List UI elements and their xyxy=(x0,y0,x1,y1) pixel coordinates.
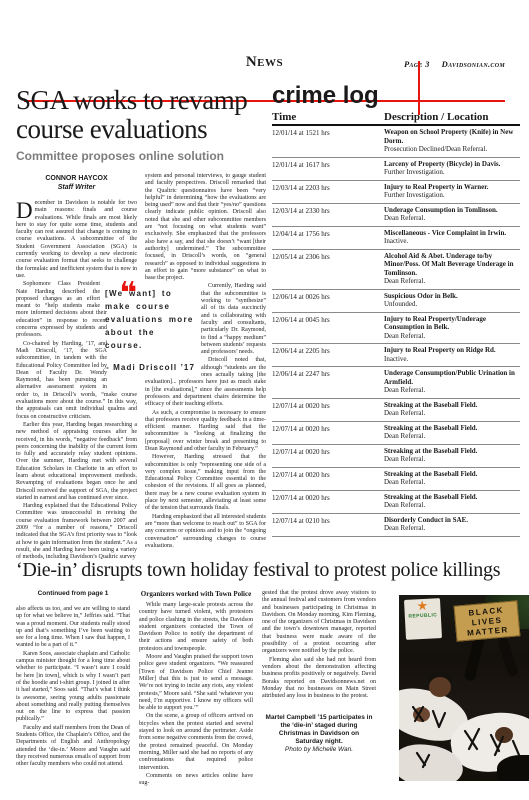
crime-log: crime log Time Description / Location 12… xyxy=(272,84,520,537)
crime-log-row: 12/05/14 at 2306 hrsAlcohol Aid & Abet. … xyxy=(272,250,520,290)
crime-log-header-row: Time Description / Location xyxy=(272,111,520,126)
die-in-column-3: gested that the protest drove away visit… xyxy=(262,590,376,788)
crime-log-row: 12/07/14 at 0020 hrsStreaking at the Bas… xyxy=(272,445,520,468)
crime-log-row: 12/06/14 at 2205 hrsInjury to Real Prope… xyxy=(272,344,520,367)
body-paragraph: Comments on news articles online have su… xyxy=(139,773,253,788)
crime-log-row: 12/07/14 at 0210 hrsDisorderly Conduct i… xyxy=(272,514,520,537)
crime-log-row: 12/07/14 at 0020 hrsStreaking at the Bas… xyxy=(272,399,520,422)
body-paragraph: Karen Soos, associate chaplain and Catho… xyxy=(16,651,130,724)
body-paragraph: Harding explained that the Educational P… xyxy=(16,503,137,561)
continued-label: Continued from page 1 xyxy=(16,590,130,597)
pull-quote: [We want] to make course evaluations mor… xyxy=(105,287,195,374)
body-paragraph: gested that the protest drove away visit… xyxy=(262,590,376,656)
die-in-headline: ‘Die-in’ disrupts town holiday festival … xyxy=(16,558,529,582)
body-paragraph: On the scene, a group of officers arrive… xyxy=(139,713,253,771)
crime-log-row: 12/07/14 at 0020 hrsStreaking at the Bas… xyxy=(272,468,520,491)
crime-log-row: 12/07/14 at 0020 hrsStreaking at the Bas… xyxy=(272,422,520,445)
body-paragraph: Faculty and staff members from the Dean … xyxy=(16,725,130,769)
byline-role: Staff Writer xyxy=(16,184,137,193)
shirt-text-marks xyxy=(399,595,529,781)
byline-name: CONNOR HAYCOX xyxy=(16,175,137,184)
sga-article: SGA works to revamp course evaluations C… xyxy=(16,86,266,563)
sga-subhead: Committee proposes online solution xyxy=(16,149,266,163)
crime-log-row: 12/01/14 at 1521 hrsWeapon on School Pro… xyxy=(272,126,520,158)
body-paragraph: December in Davidson is notable for two … xyxy=(16,200,137,280)
crime-log-row: 12/04/14 at 1756 hrsMiscellaneous - Vice… xyxy=(272,227,520,250)
crime-log-row: 12/06/14 at 2247 hrsUnderage Consumption… xyxy=(272,367,520,399)
site-url[interactable]: Davidsonian.com xyxy=(442,59,505,69)
body-paragraph: As such, a compromise is necessary to en… xyxy=(145,410,266,454)
column-header-description: Description / Location xyxy=(384,111,520,123)
byline: CONNOR HAYCOX Staff Writer xyxy=(16,175,137,192)
sga-column-2: system and personal interviews, to gauge… xyxy=(145,173,266,563)
column-header-time: Time xyxy=(272,111,384,123)
die-in-column-2: Organizers worked with Town Police While… xyxy=(139,590,253,788)
sga-headline: SGA works to revamp course evaluations xyxy=(16,86,266,144)
die-in-column-1: Continued from page 1 also affects us to… xyxy=(16,590,130,788)
body-paragraph: However, Harding stressed that the subco… xyxy=(145,454,266,512)
photo-credit: Photo by Michelle Wan. xyxy=(265,746,373,754)
body-paragraph: also affects us too, and we are willing … xyxy=(16,606,130,650)
crime-log-row: 12/03/14 at 2203 hrsInjury to Real Prope… xyxy=(272,181,520,204)
body-paragraph: While many large-scale protests across t… xyxy=(139,602,253,653)
pull-quote-attribution: - Madi Driscoll ’17 xyxy=(105,361,195,374)
masthead: News Page 3 Davidsonian.com xyxy=(0,30,529,86)
crime-log-row: 12/06/14 at 0045 hrsInjury to Real Prope… xyxy=(272,313,520,345)
body-paragraph: Moore and Vaughn praised the support tow… xyxy=(139,654,253,712)
body-paragraph: Harding emphasized that all interested s… xyxy=(145,514,266,550)
crime-log-row: 12/07/14 at 0020 hrsStreaking at the Bas… xyxy=(272,491,520,514)
die-in-article: ‘Die-in’ disrupts town holiday festival … xyxy=(16,558,529,788)
page-number: Page 3 xyxy=(404,59,430,69)
crime-log-row: 12/06/14 at 0026 hrsSuspicious Odor in B… xyxy=(272,290,520,313)
body-paragraph: Earlier this year, Harding began researc… xyxy=(16,422,137,502)
die-in-subhead: Organizers worked with Town Police xyxy=(139,590,253,598)
pull-quote-text: [We want] to make course evaluations mor… xyxy=(105,287,195,352)
die-in-photo: ★ REPUBLIC BLACK LIVES MATTER xyxy=(399,595,529,781)
caption-text: Martel Campbell ’15 participates in the … xyxy=(266,714,373,745)
crime-log-row: 12/03/14 at 2330 hrsUnderage Consumption… xyxy=(272,204,520,227)
crime-log-title: crime log xyxy=(272,84,520,108)
photo-caption: Martel Campbell ’15 participates in the … xyxy=(262,714,376,754)
crime-log-row: 12/01/14 at 1617 hrsLarceny of Property … xyxy=(272,158,520,181)
body-paragraph: system and personal interviews, to gauge… xyxy=(145,173,266,282)
body-paragraph: Fleming also said she had not heard from… xyxy=(262,657,376,701)
drop-cap: D xyxy=(16,200,35,220)
